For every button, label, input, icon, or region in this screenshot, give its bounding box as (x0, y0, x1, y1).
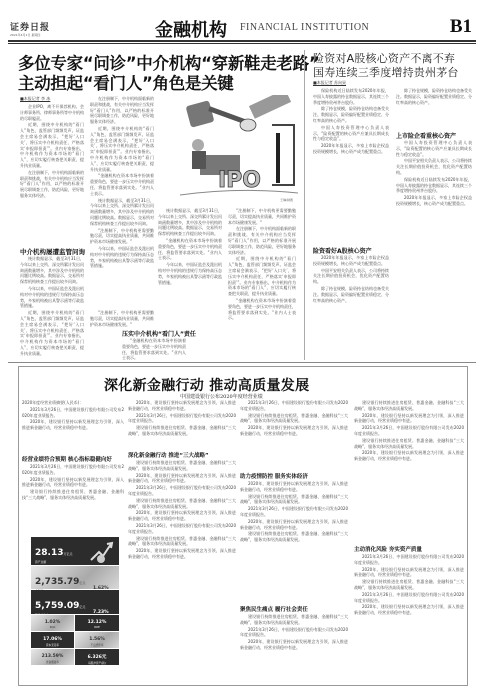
paragraph: 除了持仓规模，险资持仓结构也备受关注。数据显示，险资偏好配置业绩稳定、分红率高的… (396, 88, 472, 105)
paragraph: 统计数据显示，截至3月31日，今年以来上交所、深交所累计发出问询函数量增多，其中… (158, 208, 222, 237)
ipo-illustration: IPO (180, 95, 300, 203)
paragraph: 建设银行持续推进住房租赁、普惠金融、金融科技“三大战略”，服务实体经济高质量发展… (240, 614, 348, 626)
paragraph: 建设银行持续推进住房租赁、普惠金融、金融科技“三大战略”，服务实体经济高质量发展… (128, 536, 236, 548)
right-headline-2: 国寿连续三季度增持贵州茅台 (313, 64, 459, 80)
stat-net-interest: 5,759.09亿元利息净收入 7.23%增幅 (31, 590, 119, 614)
paragraph: 2020年，建设银行坚持以新发展理念为引领，深入推进新金融行动，经营业绩稳中有进… (128, 473, 236, 485)
ccb-column-4b: 2021年3月26日，中国建设银行股份有限公司发布2020年度业绩报告。 202… (354, 554, 464, 682)
paragraph: 2020年，建设银行坚持以新发展理念为引领，深入推进新金融行动，经营业绩稳中有进… (240, 519, 348, 531)
ccb-column-3b: 2020年，建设银行坚持以新发展理念为引领，深入推进新金融行动，经营业绩稳中有进… (240, 481, 348, 603)
paragraph: 2020年，建设银行坚持以新发展理念为引领，深入推进新金融行动，经营业绩稳中有进… (240, 425, 348, 437)
lead-subhead-2: 压实中介机构“看门人”责任 (122, 329, 196, 338)
paragraph: 2021年3月26日，中国建设银行股份有限公司发布2020年度业绩报告。 (354, 554, 464, 566)
paragraph: 2020年，建设银行坚持以新发展理念为引领，深入推进新金融行动，经营业绩稳中有进… (128, 510, 236, 522)
ccb-column-1: 2021年3月26日，中国建设银行股份有限公司发布2020年度业绩报告。 202… (22, 464, 124, 524)
paragraph: 近期，围绕中介机构的“看门人”角色，监管部门频频发声。证监会主席易会满表示，“把… (20, 122, 84, 168)
paragraph: 建设银行持续推进住房租赁、普惠金融、金融科技“三大战略”，服务实体经济高质量发展… (128, 498, 236, 510)
paragraph: “金融机构在资本市场中扮演着重要角色，要进一步压实中介机构责任，将监管要求落到实… (90, 173, 154, 196)
paragraph: 建设银行持续推进住房租赁、普惠金融、金融科技“三大战略”，服务实体经济高质量发展… (354, 438, 464, 450)
lead-column-2: 在注册制下，中介机构面临新的职责和挑战，有关中介机构应当发挥好“看门人”作用，以… (90, 96, 154, 306)
paragraph: “金融机构在资本市场中扮演着重要角色，要进一步压实中介机构责任，将监管要求落到实… (228, 298, 296, 321)
ccb-highlights: 2020年度经营业绩摘要(人民币)： 2021年3月26日，中国建设银行股份有限… (22, 400, 124, 446)
section-title: 金融机构 (155, 16, 227, 42)
paragraph: 近期，围绕中介机构的“看门人”角色，监管部门频频发声。证监会主席易会满表示，“把… (90, 126, 154, 172)
ccb-column-4: 建设银行持续推进住房租赁、普惠金融、金融科技“三大战略”，服务实体经济高质量发展… (354, 400, 464, 542)
paragraph: 2020年，建设银行坚持以新发展理念为引领，深入推进新金融行动，经营业绩稳中有进… (240, 481, 348, 493)
illustration-credit: 王琳/制图 (280, 198, 293, 202)
stat-npl-ratio: 1.56%不良贷款率 (75, 632, 119, 648)
paragraph: 2020年，建设银行坚持以新发展理念为引领，深入推进新金融行动，经营业绩稳中有进… (22, 419, 124, 431)
svg-text:IPO: IPO (218, 168, 261, 193)
paper-logo: 证券日报 (10, 20, 50, 33)
paragraph: 2021年3月26日，中国建设银行股份有限公司发布2020年度业绩报告。 (22, 464, 124, 476)
section-divider (8, 362, 476, 363)
paragraph: 今年以来，中国证监会及派出机构对中介机构的违规行为保持高压态势，多家机构被出具警… (158, 262, 222, 285)
stat-roa: 1.02%ROA (31, 615, 74, 631)
paragraph: 在注册制下，中介机构面临新的职责和挑战，有关中介机构应当发挥好“看门人”作用，以… (90, 96, 154, 125)
paragraph: 统计数据显示，截至3月31日，今年以来上交所、深交所累计发出问询函数量增多，其中… (90, 198, 154, 227)
paragraph: 2021年3月26日，中国建设银行股份有限公司发布2020年度业绩报告。 (22, 407, 124, 419)
stat-total-assets: 28.13万亿元资产总额 10.80%同比增长 (31, 537, 119, 565)
stat-net-profit: 2,735.79亿元净利润 1.62%增长 (31, 566, 119, 589)
ccb-subtitle: 中国建设银行公布2020年度经营业绩 (180, 393, 263, 400)
paragraph: 2020年年报显示，多家上市险企权益投资规模增长，核心资产成为配置重点。 (313, 143, 389, 155)
paragraph: 建设银行持续推进住房租赁、普惠金融、金融科技“三大战略”，服务实体经济高质量发展… (240, 413, 348, 425)
ccb-column-2b: 建设银行持续推进住房租赁、普惠金融、金融科技“三大战略”，服务实体经济高质量发展… (128, 460, 236, 682)
paragraph: 保险机构近日陆续发布2020年年报，中国人寿披露的持仓数据显示，其连续三个季度增… (313, 88, 389, 105)
date-line: 2021年4月1日 星期四 (10, 33, 40, 37)
paragraph: 2020年，建设银行坚持以新发展理念为引领，深入推进新金融行动，经营业绩稳中有进… (354, 450, 464, 462)
right-subhead-2: 险资看好A股核心资产 (313, 246, 372, 255)
lead-column-3b: “金融机构在资本市场中扮演着重要角色，要进一步压实中介机构责任，将监管要求落到实… (122, 338, 186, 360)
header-rule (8, 40, 476, 42)
paragraph: 2020年度经营业绩摘要(人民币)： (22, 400, 124, 406)
paragraph: “注册制下，中介机构更需要勤勉尽责，切实提高执业质量，共同维护资本市场健康发展。… (90, 228, 154, 245)
paragraph: 建设银行持续推进住房租赁、普惠金融、金融科技“三大战略”，服务实体经济高质量发展… (240, 494, 348, 506)
ccb-column-3c: 建设银行持续推进住房租赁、普惠金融、金融科技“三大战略”，服务实体经济高质量发展… (240, 614, 348, 682)
paragraph: 中国人寿投资管理中心负责人表示，“险资配置的核心资产应兼具长期成长性与稳定收益”… (313, 125, 389, 142)
header-rule-thin (8, 43, 476, 44)
lead-column-3: 统计数据显示，截至3月31日，今年以来上交所、深交所累计发出问询函数量增多，其中… (158, 208, 222, 308)
paragraph: 保险机构近日陆续发布2020年年报，中国人寿披露的持仓数据显示，其连续三个季度增… (396, 177, 472, 194)
paragraph: 企业IPO，离不开保荐机构、会计师事务所、律师事务所等中介机构的尽职履责。 (20, 104, 84, 121)
paragraph: 统计数据显示，截至3月31日，今年以来上交所、深交所累计发出问询函数量增多，其中… (20, 256, 84, 285)
lead-byline: ■本报记者 李 冰 (20, 96, 50, 102)
paragraph: 建设银行持续推进住房租赁、普惠金融、金融科技“三大战略”，服务实体经济高质量发展… (128, 460, 236, 472)
ccb-subhead-2: 深化新金融行动 推进“三大战略” (128, 451, 209, 459)
right-subhead-1: 上市险企看重核心资产 (396, 131, 456, 140)
paragraph: 2021年3月26日，中国建设银行股份有限公司发布2020年度业绩报告。 (240, 506, 348, 518)
ccb-subhead-5: 主动消化风险 夯实资产质量 (354, 545, 422, 553)
paragraph: 建设银行持续推进住房租赁、普惠金融、金融科技“三大战略”，服务实体经济高质量发展… (240, 531, 348, 543)
right-column-2: 除了持仓规模，险资持仓结构也备受关注。数据显示，险资偏好配置业绩稳定、分红率高的… (396, 88, 472, 126)
paragraph: 2021年3月26日，中国建设银行股份有限公司发布2020年度业绩报告。 (128, 413, 236, 425)
paragraph: 建设银行持续推进住房租赁、普惠金融、金融科技“三大战略”，服务实体经济高质量发展… (354, 579, 464, 591)
page-number: B1 (450, 16, 472, 38)
stat-provision-coverage: 213.59%拨备覆盖率 (31, 649, 74, 665)
paragraph: 在注册制下，中介机构面临新的职责和挑战，有关中介机构应当发挥好“看门人”作用，以… (20, 170, 84, 199)
lead-column-1b: 统计数据显示，截至3月31日，今年以来上交所、深交所累计发出问询函数量增多，其中… (20, 256, 84, 356)
ccb-column-2: 2020年，建设银行坚持以新发展理念为引领，深入推进新金融行动，经营业绩稳中有进… (128, 400, 236, 448)
paragraph: 近期，围绕中介机构的“看门人”角色，监管部门频频发声。证监会主席易会满表示，“把… (20, 310, 84, 356)
masthead: 证券日报 2021年4月1日 星期四 金融机构 FINANCIAL INSTIT… (0, 0, 484, 40)
lead-headline-2: 主动担起“看门人”角色是关键 (18, 70, 234, 94)
stat-bvps: 6.326元每股净资产(新) (75, 649, 119, 665)
ccb-subhead-4: 聚焦民生痛点 履行社会责任 (240, 605, 308, 613)
paragraph: 2020年，建设银行坚持以新发展理念为引领，深入推进新金融行动，经营业绩稳中有进… (354, 604, 464, 616)
lead-column-1: 企业IPO，离不开保荐机构、会计师事务所、律师事务所等中介机构的尽职履责。 近期… (20, 104, 84, 244)
paragraph: 2021年3月26日，中国建设银行股份有限公司发布2020年度业绩报告。 (128, 485, 236, 497)
paragraph: 建设银行持续推进住房租赁、普惠金融、金融科技“三大战略”，服务实体经济高质量发展… (354, 400, 464, 412)
paragraph: “金融机构在资本市场中扮演着重要角色，要进一步压实中介机构责任，将监管要求落到实… (122, 338, 186, 360)
paragraph: 2021年3月26日，中国建设银行股份有限公司发布2020年度业绩报告。 (354, 592, 464, 604)
paragraph: 2020年，建设银行坚持以新发展理念为引领，深入推进新金融行动，经营业绩稳中有进… (240, 639, 348, 651)
paragraph: 在注册制下，中介机构面临新的职责和挑战，有关中介机构应当发挥好“看门人”作用，以… (228, 226, 296, 255)
paragraph: 除了持仓规模，险资持仓结构也备受关注。数据显示，险资偏好配置业绩稳定、分红率高的… (313, 286, 389, 303)
paragraph: 2021年3月26日，中国建设银行股份有限公司发布2020年度业绩报告。 (240, 400, 348, 412)
paragraph: 2020年年报显示，多家上市险企权益投资规模增长，核心资产成为配置重点。 (396, 195, 472, 207)
paragraph: 建设银行持续推进住房租赁、普惠金融、金融科技“三大战略”，服务实体经济高质量发展… (128, 425, 236, 437)
right-column-1b: 2020年年报显示，多家上市险企权益投资规模增长，核心资产成为配置重点。 中国平… (313, 255, 389, 360)
paragraph: “金融机构在资本市场中扮演着重要角色，要进一步压实中介机构责任，将监管要求落到实… (158, 238, 222, 261)
growth-arrow-icon (89, 540, 115, 564)
paragraph: 2020年年报显示，多家上市险企权益投资规模增长，核心资产成为配置重点。 (313, 255, 389, 267)
lead-column-4: “注册制下，中介机构更需要勤勉尽责，切实提高执业质量，共同维护资本市场健康发展。… (228, 208, 296, 360)
stat-capital-ratio: 17.06%资本充足率 (31, 632, 74, 648)
paragraph: 2020年，建设银行坚持以新发展理念为引领，深入推进新金融行动，经营业绩稳中有进… (354, 567, 464, 579)
lead-subhead-1: 中介机构屡遭监管问询 (20, 247, 85, 256)
column-divider (304, 50, 305, 360)
paragraph: 2021年3月26日，中国建设银行股份有限公司发布2020年度业绩报告。 (240, 627, 348, 639)
paragraph: 2020年，建设银行坚持以新发展理念为引领，深入推进新金融行动，经营业绩稳中有进… (128, 548, 236, 560)
paragraph: “注册制下，中介机构更需要勤勉尽责，切实提高执业质量，共同维护资本市场健康发展。… (228, 208, 296, 225)
paragraph: 2021年3月26日，中国建设银行股份有限公司发布2020年度业绩报告。 (354, 425, 464, 437)
ccb-title: 深化新金融行动 推动高质量发展 (104, 375, 309, 395)
paragraph: 2020年，建设银行坚持以新发展理念为引领，深入推进新金融行动，经营业绩稳中有进… (354, 413, 464, 425)
ccb-subhead-3: 助力疫情防控 服务实体经济 (240, 472, 308, 480)
stat-roe: 12.12%ROE (75, 615, 119, 631)
paragraph: 今年以来，中国证监会及派出机构对中介机构的违规行为保持高压态势，多家机构被出具警… (90, 246, 154, 269)
paragraph: 2021年3月26日，中国建设银行股份有限公司发布2020年度业绩报告。 (128, 523, 236, 535)
right-byline: ■本报记者 苏向杲 (313, 80, 346, 86)
section-title-en: FINANCIAL INSTITUTION (240, 22, 369, 33)
paragraph: 2020年，建设银行坚持以新发展理念为引领，深入推进新金融行动，经营业绩稳中有进… (22, 477, 124, 489)
paragraph: 中国人寿投资管理中心负责人表示，“险资配置的核心资产应兼具长期成长性与稳定收益”… (396, 140, 472, 157)
right-column-2b: 中国人寿投资管理中心负责人表示，“险资配置的核心资产应兼具长期成长性与稳定收益”… (396, 140, 472, 360)
paragraph: “注册制下，中介机构更需要勤勉尽责，切实提高执业质量，共同维护资本市场健康发展。… (90, 310, 154, 327)
paragraph: 中国平安相关负责人表示，公司将持续关注长期价值投资机会，优化资产配置结构。 (313, 268, 389, 285)
paragraph: 近期，围绕中介机构的“看门人”角色，监管部门频频发声。证监会主席易会满表示，“把… (228, 256, 296, 297)
paragraph: 中国平安相关负责人表示，公司将持续关注长期价值投资机会，优化资产配置结构。 (396, 158, 472, 175)
ccb-subhead-1: 经营业绩符合预期 核心指标稳健向好 (22, 455, 112, 463)
ccb-column-3: 2021年3月26日，中国建设银行股份有限公司发布2020年度业绩报告。 建设银… (240, 400, 348, 468)
paragraph: 除了持仓规模，险资持仓结构也备受关注。数据显示，险资偏好配置业绩稳定、分红率高的… (313, 106, 389, 123)
paragraph: 2020年，建设银行坚持以新发展理念为引领，深入推进新金融行动，经营业绩稳中有进… (128, 400, 236, 412)
right-column-1: 保险机构近日陆续发布2020年年报，中国人寿披露的持仓数据显示，其连续三个季度增… (313, 88, 389, 243)
paragraph: 今年以来，中国证监会及派出机构对中介机构的违规行为保持高压态势，多家机构被出具警… (20, 286, 84, 309)
paragraph: 建设银行持续推进住房租赁、普惠金融、金融科技“三大战略”，服务实体经济高质量发展… (22, 489, 124, 501)
